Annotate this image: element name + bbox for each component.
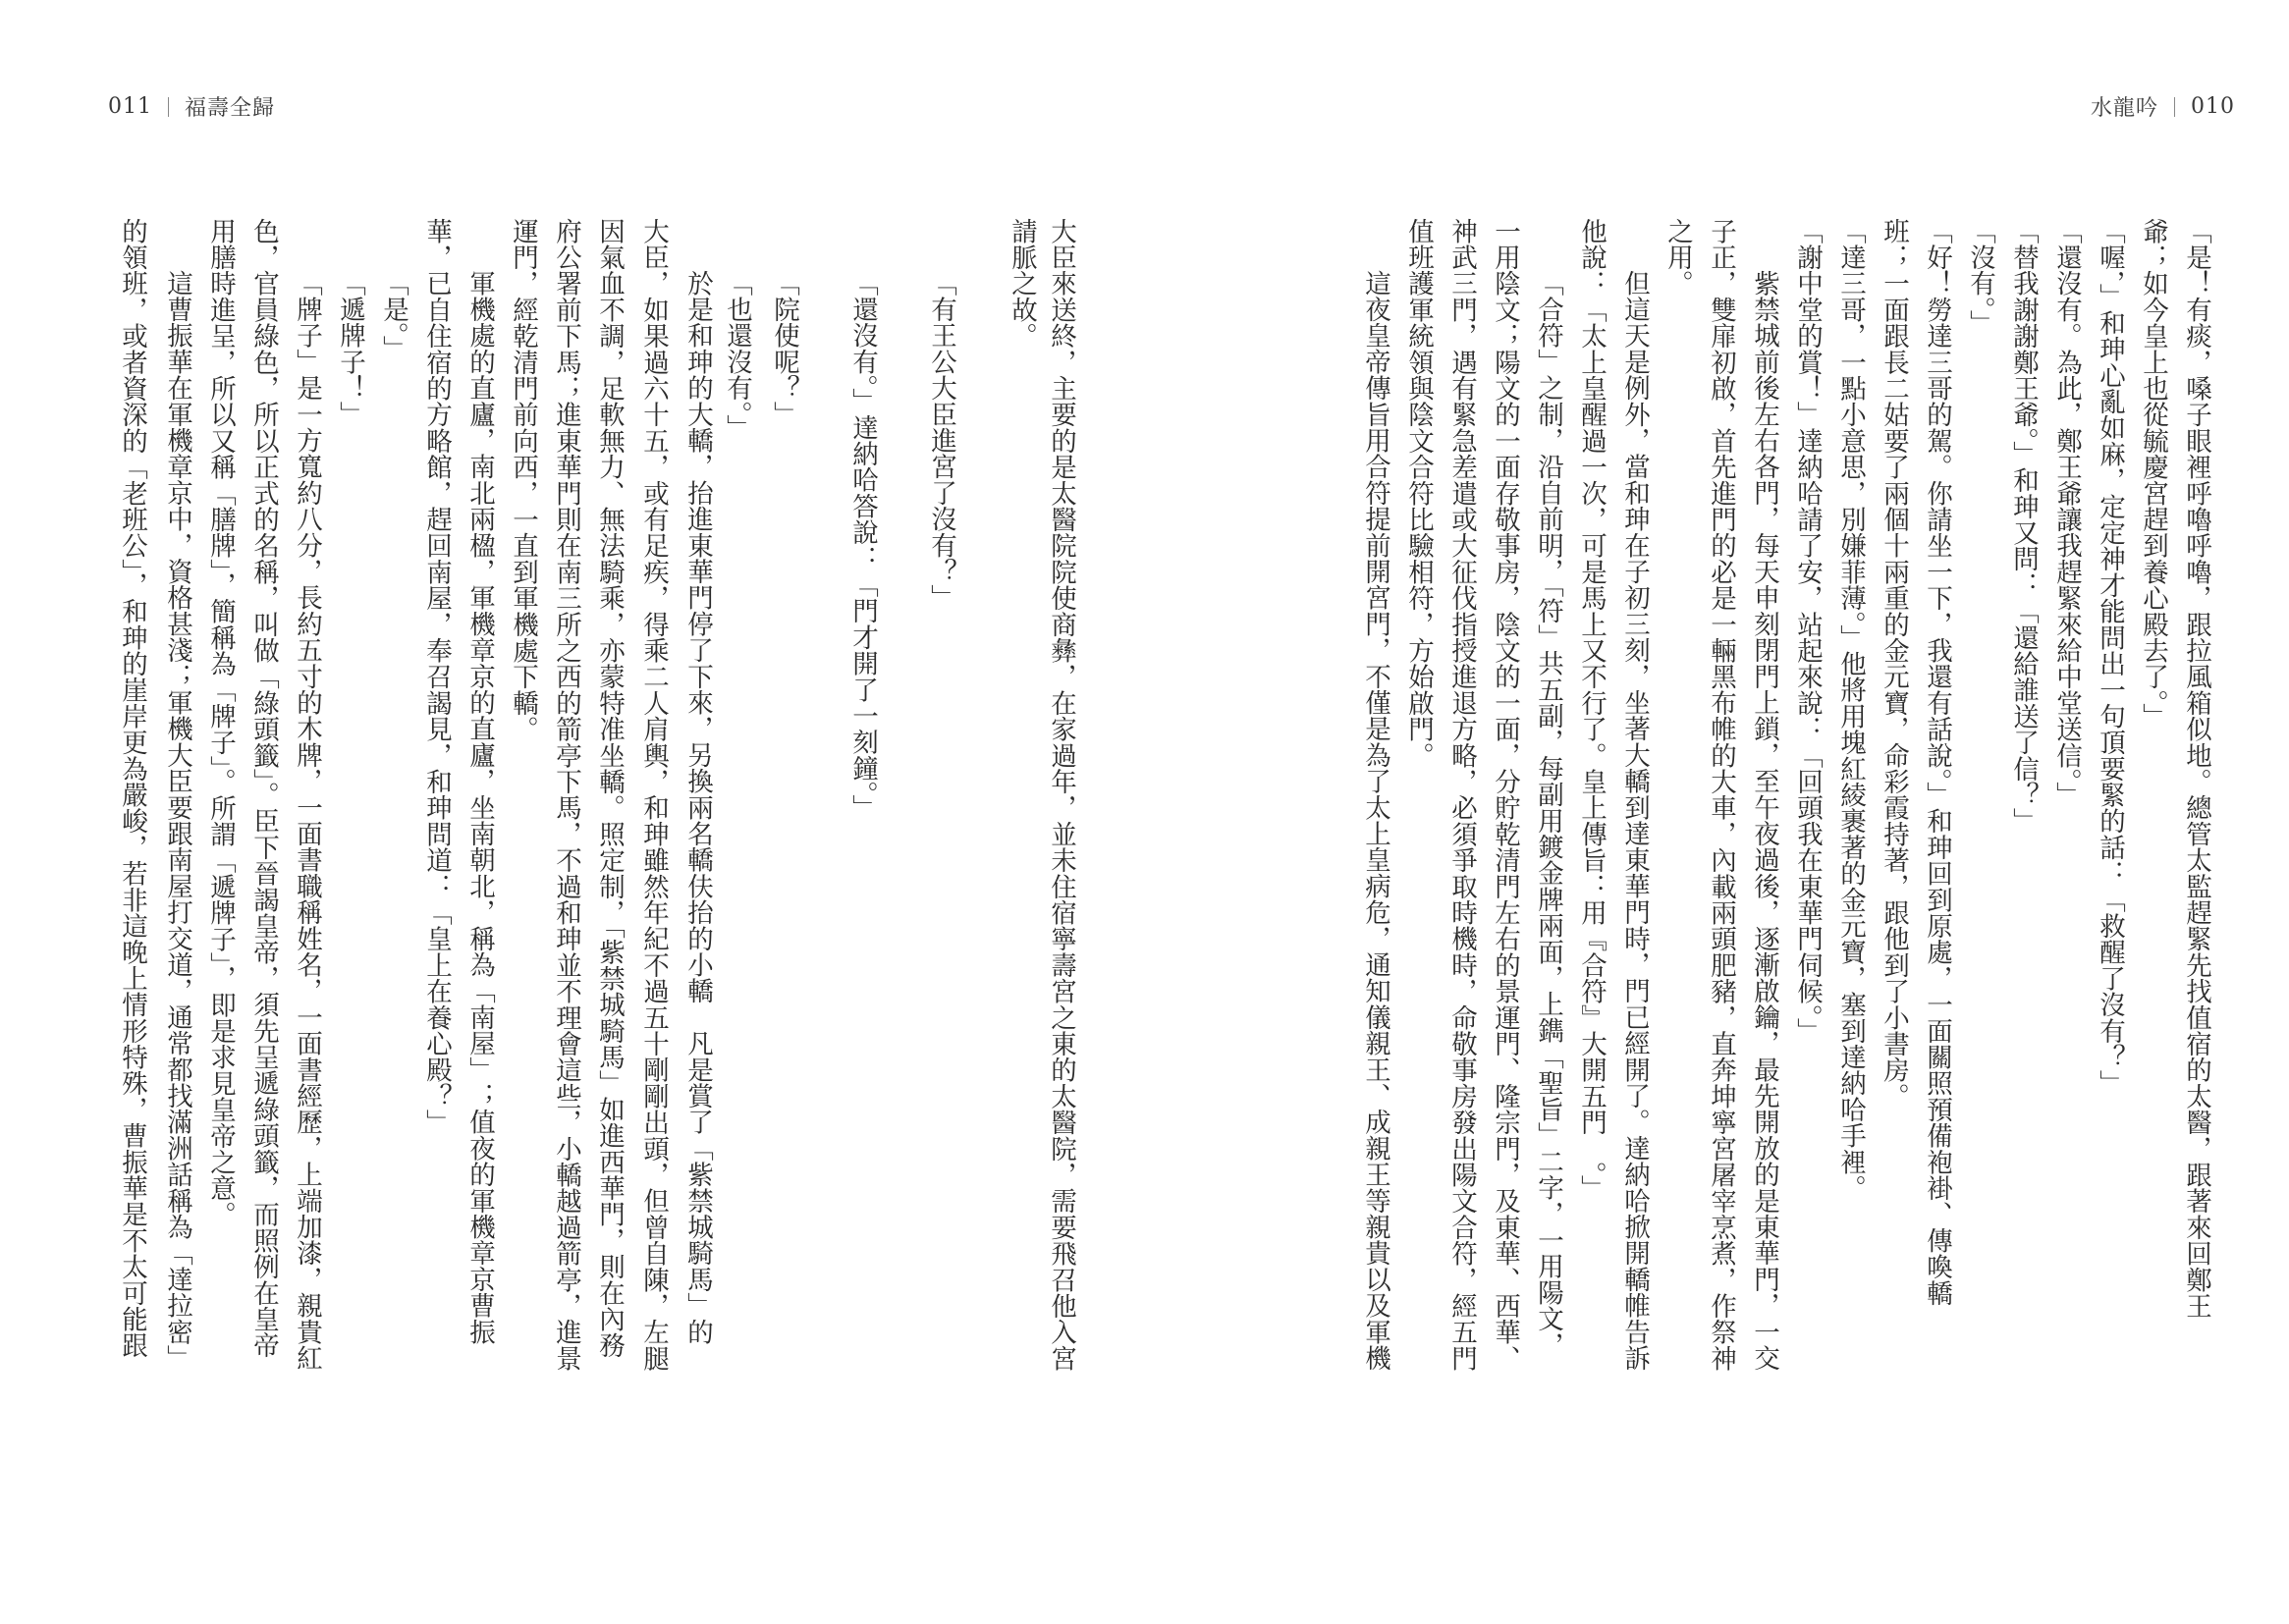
text-column: 請脈之故。	[1002, 218, 1041, 350]
text-column: 府公署前下馬；進東華門則在南三所之西的箭亭下馬，不過和珅並不理會這些，小轎越過箭…	[546, 218, 585, 1372]
text-column: 「還沒有。」達納哈答說：「門才開了一刻鐘。」	[843, 270, 882, 821]
right-page: 水龍吟 010 「是！有痰，嗓子眼裡呼嚕呼嚕，跟拉風箱似地。總管太監趕緊先找值宿…	[1145, 0, 2289, 1624]
text-column: 的領班，或者資深的「老班公」，和珅的崖岸更為嚴峻，若非這晚上情形特殊，曹振華是不…	[112, 218, 151, 1359]
text-column: 華，已自住宿的方略館，趕回南屋，奉召謁見，和珅問道：「皇上在養心殿？」	[416, 218, 456, 1136]
text-column: 但這天是例外，當和珅在子初三刻，坐著大轎到達東華門時，門已經開了。達納哈掀開轎帷…	[1614, 270, 1654, 1371]
text-column: 值班護軍統領與陰文合符比驗相符，方始啟門。	[1398, 218, 1438, 769]
text-column: 之用。	[1658, 218, 1697, 297]
text-column: 色，官員綠色，所以正式的名稱，叫做「綠頭籤」。臣下晉謁皇帝，須先呈遞綠頭籤，而照…	[244, 218, 283, 1359]
text-column: 「沒有。」	[1960, 218, 1999, 336]
text-column: 「有王公大臣進宮了沒有？」	[921, 270, 960, 611]
text-column: 「還沒有。為此，鄭王爺讓我趕緊來給中堂送信。」	[2046, 218, 2086, 808]
chapter-title: 水龍吟	[2091, 91, 2158, 122]
text-column: 大臣，如果過六十五，或有足疾，得乘二人肩輿，和珅雖然年紀不過五十剛剛出頭，但曾自…	[633, 218, 673, 1372]
text-column: 爺；如今皇上也從毓慶宮趕到養心殿去了。」	[2133, 218, 2172, 730]
text-column: 「替我謝謝鄭王爺。」和珅又問：「還給誰送了信？」	[2003, 218, 2043, 835]
text-column: 「院使呢？」	[764, 270, 803, 427]
text-column: 「牌子」是一方寬約八分，長約五寸的木牌，一面書職稱姓名，一面書經歷，上端加漆，親…	[287, 270, 326, 1371]
text-column: 班；一面跟長二姑要了兩個十兩重的金元寶，命彩霞持著，跟他到了小書房。	[1874, 218, 1913, 1110]
text-column: 子正，雙扉初啟，首先進門的必是一輛黑布帷的大車，內載兩頭肥豬，直奔坤寧宮屠宰烹煮…	[1701, 218, 1740, 1372]
header-separator	[168, 97, 169, 117]
text-column: 因氣血不調，足軟無力、無法騎乘，亦蒙特准坐轎。照定制，「紫禁城騎馬」如進西華門，…	[589, 218, 628, 1359]
text-column: 神武三門，遇有緊急差遣或大征伐指授進退方略，必須爭取時機時，命敬事房發出陽文合符…	[1442, 218, 1481, 1372]
right-running-head: 水龍吟 010	[2091, 91, 2235, 122]
text-column: 運門，經乾清門前向西，一直到軍機處下轎。	[503, 218, 542, 742]
text-column: 紫禁城前後左右各門，每天申刻閉門上鎖，至午夜過後，逐漸啟鑰，最先開放的是東華門，…	[1744, 270, 1783, 1371]
text-column: 「謝中堂的賞！」達納哈請了安，站起來說：「回頭我在東華門伺候。」	[1787, 218, 1826, 1044]
text-column: 「也還沒有。」	[717, 270, 756, 441]
page-number: 010	[2191, 94, 2235, 119]
text-column: 「喔，」和珅心亂如麻，定定神才能問出一句頂要緊的話：「救醒了沒有？」	[2090, 218, 2129, 1097]
text-column: 用膳時進呈，所以又稱「膳牌」，簡稱為「牌子」。所謂「遞牌子」，即是求見皇帝之意。	[200, 218, 240, 1227]
left-running-head: 011 福壽全歸	[108, 91, 275, 122]
left-page: 011 福壽全歸 大臣來送終，主要的是太醫院院使商彝，在家過年，並未住宿寧壽宮之…	[0, 0, 1144, 1624]
text-column: 「達三哥，一點小意思，別嫌菲薄。」他將用塊紅綾裹著的金元寶，塞到達納哈手裡。	[1830, 218, 1870, 1201]
text-column: 於是和珅的大轎，抬進東華門停了下來，另換兩名轎伕抬的小轎 凡是賞了「紫禁城騎馬」…	[678, 270, 717, 1345]
book-spread: 011 福壽全歸 大臣來送終，主要的是太醫院院使商彝，在家過年，並未住宿寧壽宮之…	[0, 0, 2289, 1624]
page-number: 011	[108, 94, 152, 119]
text-column: 「是。」	[373, 270, 412, 362]
text-column: 「好！勞達三哥的駕。你請坐一下，我還有話說。」和珅回到原處，一面關照預備袍褂、傳…	[1917, 218, 1956, 1306]
text-column: 一用陰文；陽文的一面存敬事房，陰文的一面，分貯乾清門左右的景運門、隆宗門，及東華…	[1485, 218, 1524, 1372]
text-column: 大臣來送終，主要的是太醫院院使商彝，在家過年，並未住宿寧壽宮之東的太醫院，需要飛…	[1041, 218, 1080, 1372]
chapter-title: 福壽全歸	[185, 91, 275, 122]
text-column: 「是！有痰，嗓子眼裡呼嚕呼嚕，跟拉風箱似地。總管太監趕緊先找值宿的太醫，跟著來回…	[2176, 218, 2215, 1319]
header-separator	[2174, 97, 2175, 117]
text-column: 「合符」之制，沿自前明，「符」共五副，每副用鍍金牌兩面，上鐫「聖旨」二字，一用陽…	[1528, 270, 1567, 1358]
text-column: 他說：「太上皇醒過一次，可是馬上又不行了。皇上傳旨：用『合符』大開五門 。」	[1571, 218, 1610, 1201]
text-column: 這曹振華在軍機章京中，資格甚淺；軍機大臣要跟南屋打交道，通常都找滿洲話稱為「達拉…	[157, 270, 196, 1371]
text-column: 這夜皇帝傳旨用合符提前開宮門，不僅是為了太上皇病危，通知儀親王、成親王等親貴以及…	[1355, 270, 1394, 1371]
text-column: 軍機處的直廬，南北兩楹，軍機章京的直廬，坐南朝北，稱為「南屋」；值夜的軍機章京曹…	[460, 270, 499, 1345]
text-column: 「遞牌子！」	[330, 270, 369, 427]
